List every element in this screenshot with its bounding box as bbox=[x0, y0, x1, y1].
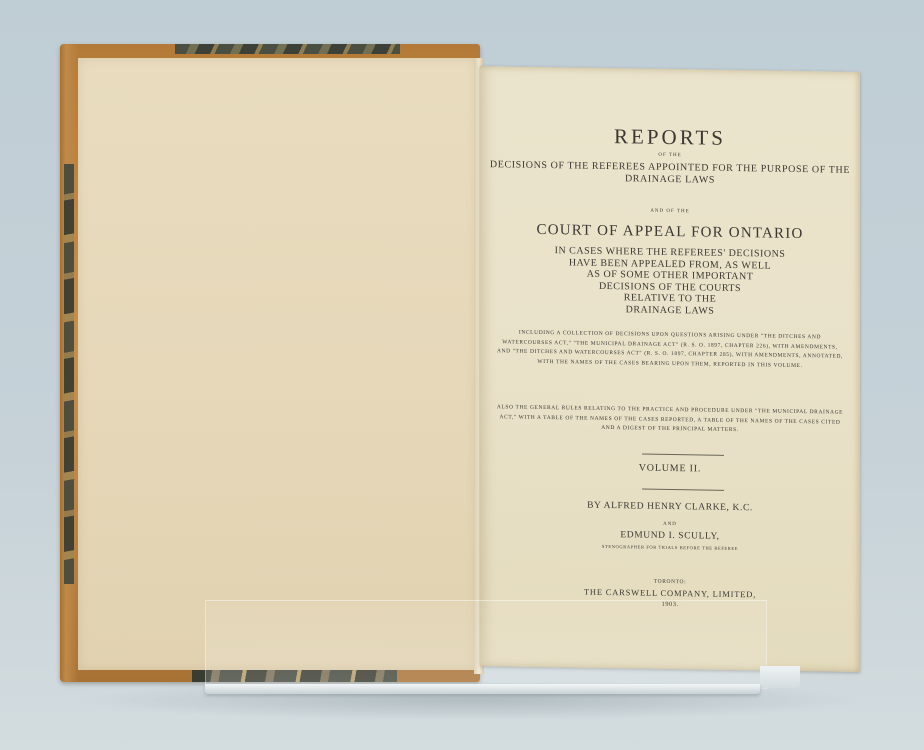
acrylic-stand-lip bbox=[205, 684, 760, 694]
acrylic-stand-plate bbox=[205, 600, 767, 689]
court-heading: COURT OF APPEAL FOR ONTARIO bbox=[480, 221, 860, 244]
cases-block: IN CASES WHERE THE REFEREES' DECISIONS H… bbox=[480, 244, 860, 319]
second-author-role: STENOGRAPHER FOR TRIALS BEFORE THE REFER… bbox=[480, 542, 860, 553]
also-paragraph: ALSO THE GENERAL RULES RELATING TO THE P… bbox=[480, 403, 860, 437]
divider-rule bbox=[642, 454, 724, 456]
title-page: REPORTS OF THE DECISIONS OF THE REFEREES… bbox=[480, 66, 860, 672]
including-paragraph: INCLUDING A COLLECTION OF DECISIONS UPON… bbox=[480, 328, 860, 372]
second-author: EDMUND I. SCULLY, bbox=[480, 528, 860, 544]
divider-rule bbox=[642, 489, 724, 491]
acrylic-stand-foot bbox=[760, 666, 800, 688]
marbled-paper-left bbox=[64, 164, 74, 584]
and-of-the-connector: AND OF THE bbox=[480, 206, 860, 217]
blank-endpaper bbox=[78, 58, 476, 670]
first-author: BY ALFRED HENRY CLARKE, K.C. bbox=[480, 499, 860, 515]
book-title: REPORTS bbox=[480, 122, 860, 153]
decisions-subtitle: DECISIONS OF THE REFEREES APPOINTED FOR … bbox=[480, 159, 860, 189]
marbled-paper-top bbox=[175, 44, 400, 54]
volume-label: VOLUME II. bbox=[480, 460, 860, 477]
